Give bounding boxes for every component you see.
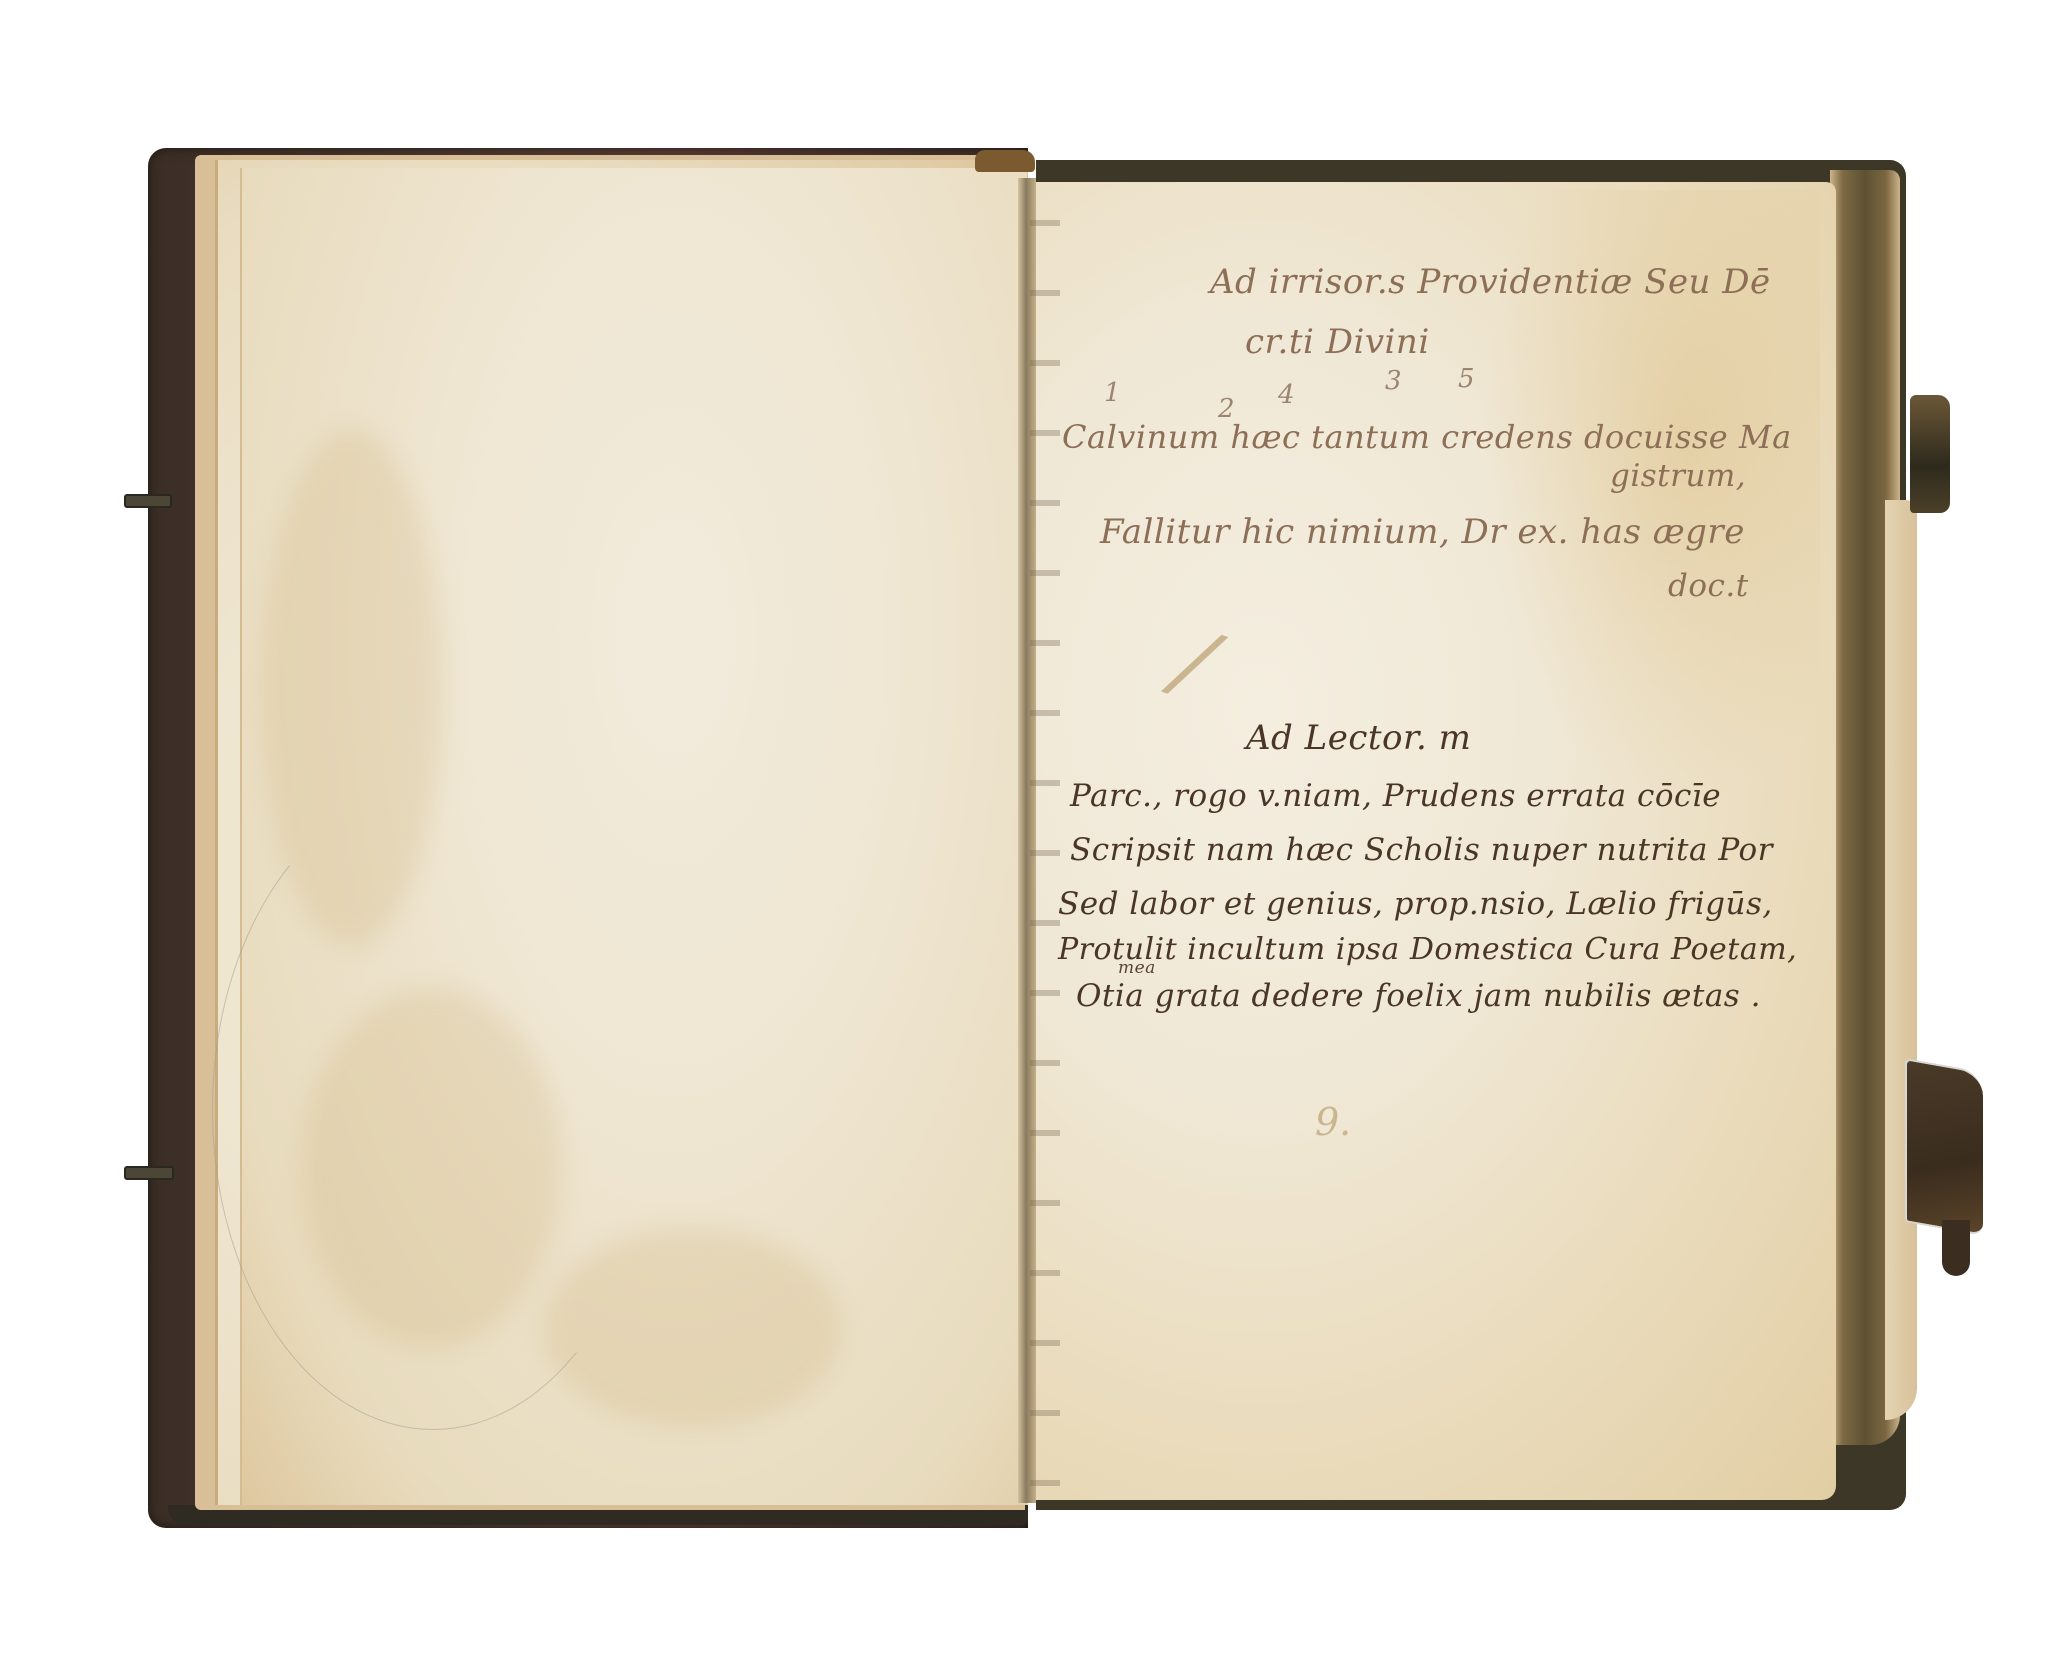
- torn-spine-head: [975, 150, 1035, 172]
- address-line-5: Otia grata dedere foelix jam nubilis æta…: [1076, 978, 1761, 1014]
- address-line-3: Sed labor et genius, prop.nsio, Lælio fr…: [1058, 886, 1773, 922]
- gutter-foxing: [1030, 190, 1060, 1490]
- left-page-blank: [240, 168, 1027, 1505]
- address-line-1: Parc., rogo v.niam, Prudens errata cōcīe: [1070, 778, 1721, 814]
- address-line-2: Scripsit nam hæc Scholis nuper nutrita P…: [1070, 832, 1773, 868]
- leather-clasp-tab-bottom-icon: [1905, 1058, 1983, 1236]
- epigram-line-3: Fallitur hic nimium, Dr ex. has ægre: [1100, 512, 1745, 552]
- faint-curve-mark: [212, 788, 654, 1430]
- epigram-line-4: doc.t: [1668, 568, 1749, 604]
- pencil-numeral: 9.: [1315, 1100, 1351, 1144]
- clasp-pin-top-icon: [124, 494, 172, 508]
- word-order-numeral: 1: [1104, 378, 1121, 408]
- epigram-title-line-2: cr.ti Divini: [1245, 322, 1430, 362]
- interlinear-correction: mea: [1118, 958, 1156, 978]
- word-order-numeral: 4: [1278, 380, 1295, 410]
- leather-clasp-tab-top-icon: [1910, 395, 1950, 513]
- word-order-numeral: 3: [1385, 366, 1402, 396]
- rear-board-lip: [1885, 500, 1917, 1420]
- clasp-pin-bottom-icon: [124, 1166, 174, 1180]
- epigram-title-line-1: Ad irrisor.s Providentiæ Seu Dē: [1210, 262, 1771, 302]
- address-line-4: Protulit incultum ipsa Domestica Cura Po…: [1058, 932, 1797, 967]
- epigram-line-2: gistrum,: [1610, 458, 1746, 494]
- address-heading: Ad Lector. m: [1246, 718, 1471, 758]
- epigram-line-1: Calvinum hæc tantum credens docuisse Ma: [1062, 418, 1792, 456]
- clasp-tab-tip: [1942, 1220, 1970, 1276]
- word-order-numeral: 5: [1458, 364, 1475, 394]
- open-book: Ad irrisor.s Providentiæ Seu Dē cr.ti Di…: [0, 0, 2048, 1663]
